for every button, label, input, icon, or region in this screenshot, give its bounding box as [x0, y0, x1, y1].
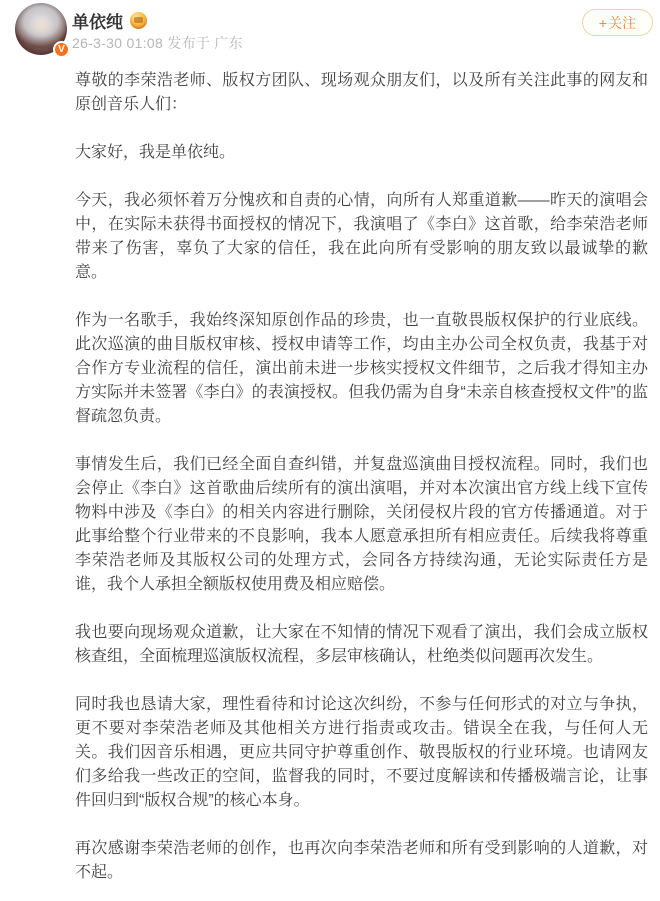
post-paragraph: 大家好，我是单依纯。 [75, 141, 648, 165]
post-time: 26-3-30 01:08 [72, 35, 163, 51]
post-paragraph: 尊敬的李荣浩老师、版权方团队、现场观众朋友们，以及所有关注此事的网友和原创音乐人… [75, 69, 648, 117]
verified-v-badge-icon: V [53, 41, 70, 58]
vip-badge-icon [130, 12, 147, 29]
avatar[interactable]: V [15, 3, 67, 55]
post-paragraph: 今天，我必须怀着万分愧疚和自责的心情，向所有人郑重道歉——昨天的演唱会中，在实际… [75, 189, 648, 285]
post-location: 发布于 广东 [167, 35, 243, 51]
post-paragraph: 事情发生后，我们已经全面自查纠错，并复盘巡演曲目授权流程。同时，我们也会停止《李… [75, 453, 648, 597]
timestamp: 26-3-30 01:08 发布于 广东 [72, 33, 243, 53]
post-paragraph: 我也要向现场观众道歉，让大家在不知情的情况下观看了演出，我们会成立版权核查组，全… [75, 621, 648, 669]
post-body: 尊敬的李荣浩老师、版权方团队、现场观众朋友们，以及所有关注此事的网友和原创音乐人… [75, 69, 648, 885]
plus-icon: + [599, 16, 607, 30]
post-paragraph: 作为一名歌手，我始终深知原创作品的珍贵，也一直敬畏版权保护的行业底线。此次巡演的… [75, 309, 648, 429]
weibo-post-page: V 单依纯 26-3-30 01:08 发布于 广东 + 关注 尊敬的李荣浩老师… [0, 0, 660, 901]
post-header: V 单依纯 26-3-30 01:08 发布于 广东 + 关注 [0, 0, 660, 58]
post-paragraph: 同时我也恳请大家，理性看待和讨论这次纠纷，不参与任何形式的对立与争执，更不要对李… [75, 693, 648, 813]
follow-button[interactable]: + 关注 [582, 9, 653, 36]
username[interactable]: 单依纯 [72, 8, 123, 33]
follow-button-label: 关注 [608, 13, 636, 33]
name-row: 单依纯 [72, 8, 147, 33]
post-paragraph: 再次感谢李荣浩老师的创作，也再次向李荣浩老师和所有受到影响的人道歉，对不起。 [75, 837, 648, 885]
